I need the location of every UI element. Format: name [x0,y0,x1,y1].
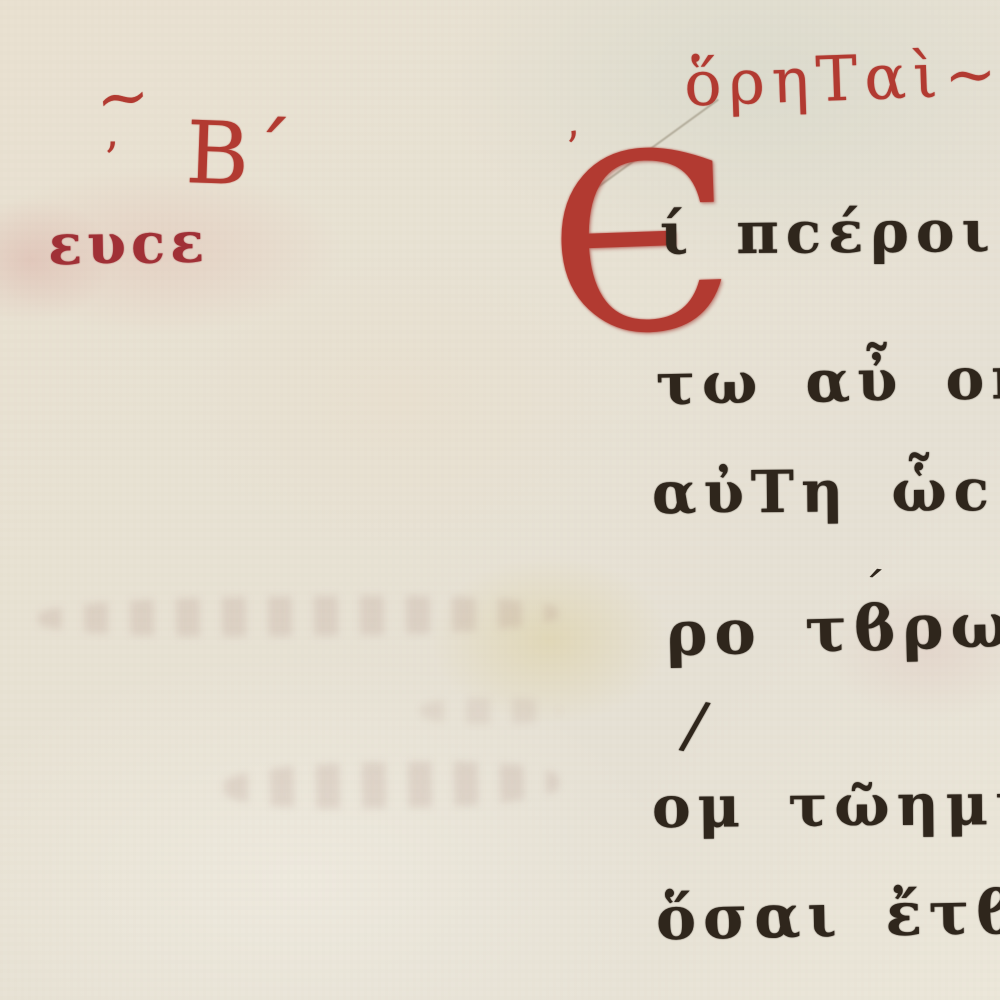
text-line: ομ τῶημυ ω [652,774,1000,836]
text-line: ὅσαι ἔτϐ [656,883,1000,949]
marginal-breathing-mark: ’ [104,136,119,182]
text-line: ί πϲέροι τ [660,201,1000,263]
marginal-chapter-number: Β´ [185,110,294,200]
text-line: ρο τϐρων [665,593,1000,665]
bleed-through-band [420,698,560,724]
text-line: τω αὖ οκ [656,349,1000,414]
marginal-gloss-word: ευϲε [48,215,210,274]
text-line: αὐΤη ὧϲ ἔτ [652,460,1000,522]
marginal-tilde-mark: ~ [93,63,153,132]
rubric-heading: ὅρηΤαὶ~ [683,42,1000,115]
